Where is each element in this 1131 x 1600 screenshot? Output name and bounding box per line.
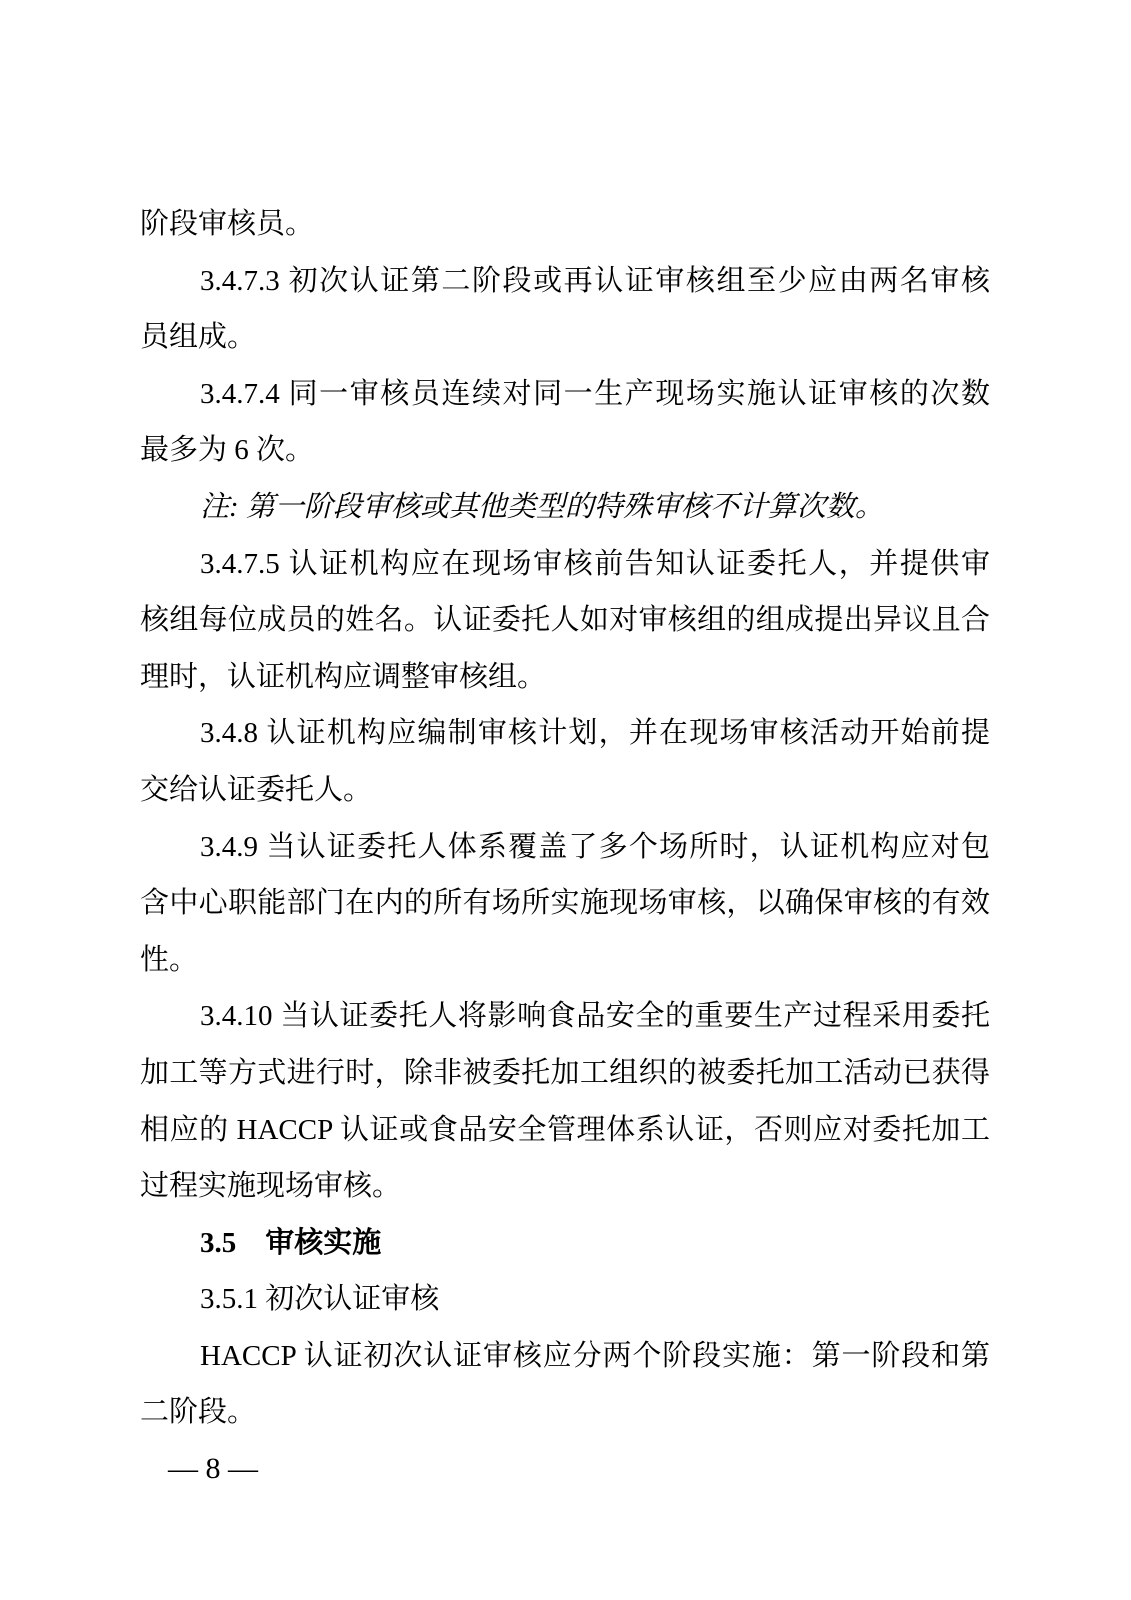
- text-line: 核组每位成员的姓名。认证委托人如对审核组的组成提出异议且合: [140, 592, 990, 649]
- text-line: 加工等方式进行时，除非被委托加工组织的被委托加工活动已获得: [140, 1045, 990, 1102]
- text-line: 性。: [140, 932, 990, 989]
- text-line: 最多为 6 次。: [140, 422, 990, 479]
- text-line: 理时，认证机构应调整审核组。: [140, 649, 990, 706]
- text-line: 3.4.7.4 同一审核员连续对同一生产现场实施认证审核的次数: [140, 366, 990, 423]
- text-line: 含中心职能部门在内的所有场所实施现场审核，以确保审核的有效: [140, 875, 990, 932]
- text-line: 3.4.9 当认证委托人体系覆盖了多个场所时，认证机构应对包: [140, 819, 990, 876]
- section-heading: 3.5 审核实施: [140, 1215, 990, 1272]
- page-number: — 8 —: [168, 1448, 258, 1490]
- body-text: 阶段审核员。 3.4.7.3 初次认证第二阶段或再认证审核组至少应由两名审核 员…: [140, 196, 990, 1441]
- text-line: 阶段审核员。: [140, 196, 990, 253]
- note-line: 注: 第一阶段审核或其他类型的特殊审核不计算次数。: [140, 479, 990, 536]
- text-line: 3.4.10 当认证委托人将影响食品安全的重要生产过程采用委托: [140, 988, 990, 1045]
- text-line: 员组成。: [140, 309, 990, 366]
- text-line: 交给认证委托人。: [140, 762, 990, 819]
- text-line: 3.4.7.5 认证机构应在现场审核前告知认证委托人，并提供审: [140, 536, 990, 593]
- subsection-heading: 3.5.1 初次认证审核: [140, 1271, 990, 1328]
- text-line: 3.4.7.3 初次认证第二阶段或再认证审核组至少应由两名审核: [140, 253, 990, 310]
- text-line: 二阶段。: [140, 1384, 990, 1441]
- document-page: 阶段审核员。 3.4.7.3 初次认证第二阶段或再认证审核组至少应由两名审核 员…: [0, 0, 1131, 1600]
- text-line: HACCP 认证初次认证审核应分两个阶段实施：第一阶段和第: [140, 1328, 990, 1385]
- text-line: 3.4.8 认证机构应编制审核计划，并在现场审核活动开始前提: [140, 705, 990, 762]
- text-line: 相应的 HACCP 认证或食品安全管理体系认证，否则应对委托加工: [140, 1102, 990, 1159]
- text-line: 过程实施现场审核。: [140, 1158, 990, 1215]
